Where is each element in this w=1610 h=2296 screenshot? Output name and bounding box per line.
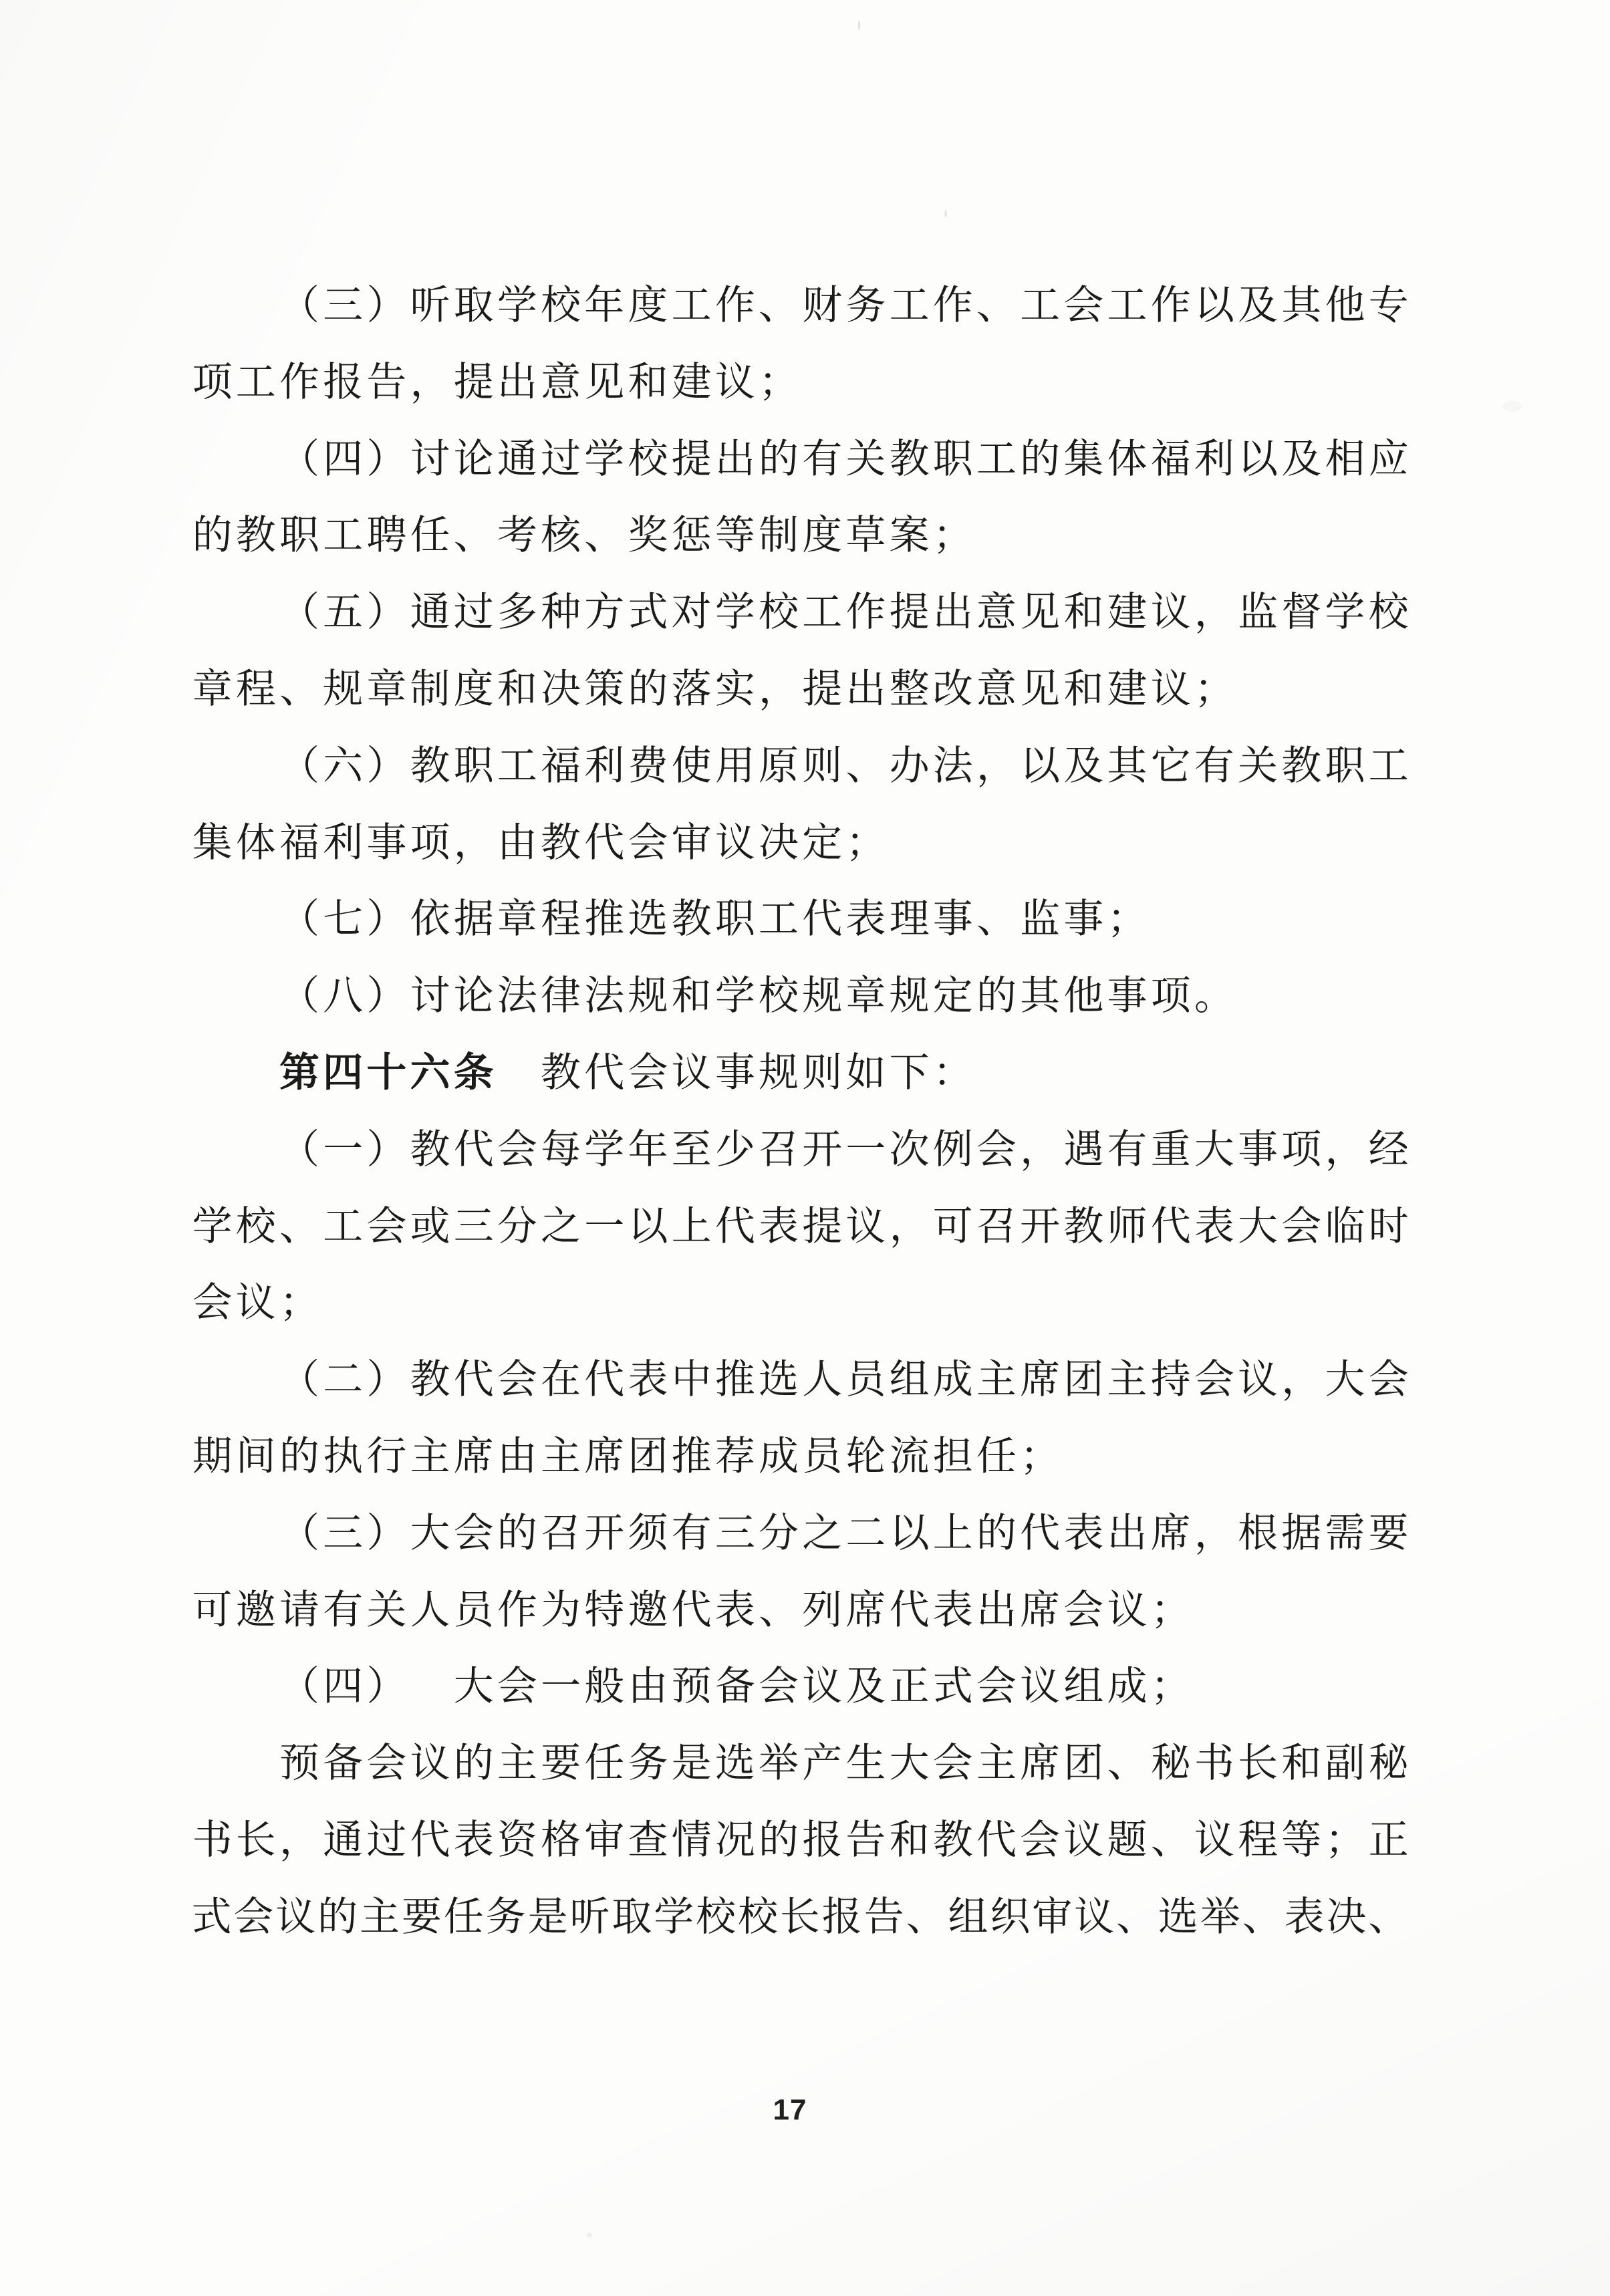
char-cell: 校 [757, 958, 800, 1035]
char-cell: 可 [931, 1188, 974, 1265]
char-cell: 其 [1019, 958, 1062, 1035]
char-cell [495, 1035, 539, 1112]
char-cell: 情 [670, 1802, 713, 1879]
char-cell: 据 [452, 881, 495, 958]
bold-char-cell: 条 [452, 1035, 495, 1112]
char-cell: 邀 [234, 1572, 277, 1649]
char-cell: 出 [931, 574, 974, 651]
char-cell: 大 [408, 1495, 452, 1572]
char-cell: ） [365, 1648, 408, 1725]
char-cell: 上 [670, 1188, 713, 1265]
char-cell: 奖 [626, 497, 670, 574]
char-cell: 法 [931, 728, 974, 805]
char-cell: 中 [670, 1342, 713, 1418]
char-cell: 召 [757, 1112, 800, 1188]
char-cell: 关 [1236, 728, 1280, 805]
char-cell: 成 [931, 1342, 974, 1418]
char-cell: 主 [359, 1879, 401, 1956]
scanned-document-page: （三）听取学校年度工作、财务工作、工会工作以及其他专项工作报告，提出意见和建议；… [0, 0, 1610, 2296]
char-cell: 席 [1019, 1725, 1062, 1802]
char-cell: 意 [974, 574, 1018, 651]
char-cell: 建 [1105, 651, 1149, 728]
char-cell: 用 [713, 728, 757, 805]
char-cell: 秘 [1149, 1725, 1192, 1802]
char-cell: 通 [321, 1802, 365, 1879]
char-cell: 三 [713, 1495, 757, 1572]
char-cell: 大 [888, 1725, 931, 1802]
char-cell: 在 [539, 1342, 583, 1418]
char-cell: 法 [495, 958, 539, 1035]
char-cell: 一 [844, 1112, 888, 1188]
char-cell: 团 [1062, 1725, 1105, 1802]
char-cell: 决 [539, 651, 583, 728]
char-cell: 事 [713, 1035, 757, 1112]
char-cell: 教 [888, 421, 931, 498]
char-cell: 行 [365, 1418, 408, 1495]
char-cell: 教 [408, 1112, 452, 1188]
char-cell: 的 [495, 1495, 539, 1572]
char-cell: 会 [1062, 1572, 1105, 1649]
char-cell: 人 [408, 1572, 452, 1649]
char-cell: 会 [190, 1265, 234, 1342]
char-cell: 、 [1149, 1802, 1192, 1879]
char-cell: 代 [408, 1802, 452, 1879]
char-cell: ； [1149, 1572, 1192, 1649]
char-cell: 成 [1105, 1648, 1149, 1725]
char-cell: 通 [495, 421, 539, 498]
char-cell: 根 [1236, 1495, 1280, 1572]
char-cell: 会 [626, 805, 670, 882]
char-cell: 过 [365, 1802, 408, 1879]
char-cell: 工 [495, 728, 539, 805]
char-cell: 表 [1283, 1879, 1325, 1956]
char-cell: 、 [277, 651, 321, 728]
char-cell: 则 [801, 728, 844, 805]
text-line: 项工作报告，提出意见和建议； [190, 344, 1434, 421]
char-cell: 团 [1062, 1342, 1105, 1418]
char-cell: 推 [670, 1418, 713, 1495]
char-cell: 会 [495, 1342, 539, 1418]
char-cell: 见 [1019, 574, 1062, 651]
char-cell: 正 [888, 1648, 931, 1725]
char-cell: 会 [931, 1725, 974, 1802]
char-cell: 产 [801, 1725, 844, 1802]
char-cell: 程 [234, 651, 277, 728]
char-cell: 书 [190, 1802, 234, 1879]
text-line: 会议； [190, 1265, 1434, 1342]
char-cell: 讨 [408, 958, 452, 1035]
char-cell: 备 [713, 1648, 757, 1725]
char-cell: 年 [626, 1112, 670, 1188]
char-cell: 作 [495, 1572, 539, 1649]
char-cell: 利 [583, 728, 626, 805]
char-cell: 工 [1019, 267, 1062, 344]
char-cell: 工 [757, 881, 800, 958]
char-cell: 任 [408, 497, 452, 574]
char-cell: 讨 [408, 421, 452, 498]
char-cell: 代 [452, 1342, 495, 1418]
scan-speck [944, 210, 947, 217]
char-cell: 工 [801, 574, 844, 651]
char-cell: 学 [713, 574, 757, 651]
char-cell: 开 [1019, 1188, 1062, 1265]
char-cell: 代 [888, 1572, 931, 1649]
char-cell: 推 [713, 1342, 757, 1418]
char-cell: 作 [844, 574, 888, 651]
char-cell: 年 [583, 267, 626, 344]
char-cell: 他 [1323, 267, 1367, 344]
char-cell: （ [277, 728, 321, 805]
text-line: 期间的执行主席由主席团推荐成员轮流担任； [190, 1418, 1434, 1495]
char-cell: 职 [277, 497, 321, 574]
char-cell: 通 [408, 574, 452, 651]
char-cell: 副 [1323, 1725, 1367, 1802]
char-cell: 以 [626, 1188, 670, 1265]
char-cell: 办 [888, 728, 931, 805]
char-cell: 、 [757, 267, 800, 344]
char-cell: 的 [317, 1879, 359, 1956]
char-cell: 预 [670, 1648, 713, 1725]
char-cell: 代 [974, 1802, 1018, 1879]
char-cell: 员 [844, 1342, 888, 1418]
char-cell: 六 [321, 728, 365, 805]
char-cell: 议 [1062, 1802, 1105, 1879]
char-cell: 则 [801, 1035, 844, 1112]
char-cell: 落 [670, 651, 713, 728]
char-cell: 表 [1062, 1495, 1105, 1572]
char-cell: 告 [844, 1802, 888, 1879]
char-cell: 和 [1062, 651, 1105, 728]
char-cell: 表 [844, 881, 888, 958]
char-cell: 会 [233, 1879, 275, 1956]
char-cell: 的 [277, 1418, 321, 1495]
char-cell: 选 [1157, 1879, 1199, 1956]
char-cell: 校 [1367, 574, 1410, 651]
text-line: （六）教职工福利费使用原则、办法，以及其它有关教职工 [190, 728, 1434, 805]
char-cell: 教 [670, 881, 713, 958]
char-cell: 章 [190, 651, 234, 728]
char-cell: 务 [844, 267, 888, 344]
char-cell: 实 [713, 651, 757, 728]
char-cell: 项 [1149, 958, 1192, 1035]
text-line: 书长，通过代表资格审查情况的报告和教代会议题、议程等；正 [190, 1802, 1434, 1879]
char-cell: 议 [713, 805, 757, 882]
char-cell: 听 [569, 1879, 611, 1956]
char-cell: 或 [408, 1188, 452, 1265]
char-cell: 教 [931, 1802, 974, 1879]
char-cell: 会 [974, 1112, 1018, 1188]
char-cell: ， [1280, 1342, 1323, 1418]
char-cell: 表 [931, 1572, 974, 1649]
char-cell: 会 [626, 1035, 670, 1112]
char-cell: 规 [626, 958, 670, 1035]
char-cell: 况 [713, 1802, 757, 1879]
char-cell: 的 [452, 1725, 495, 1802]
char-cell: 应 [1367, 421, 1410, 498]
char-cell: 成 [757, 1418, 800, 1495]
char-cell: 规 [801, 958, 844, 1035]
char-cell: 有 [321, 1572, 365, 1649]
char-cell: 校 [539, 267, 583, 344]
bold-char-cell: 六 [408, 1035, 452, 1112]
char-cell: （ [277, 1112, 321, 1188]
char-cell: 、 [1367, 1879, 1410, 1956]
char-cell: 格 [539, 1802, 583, 1879]
char-cell: 定 [931, 958, 974, 1035]
char-cell: 制 [408, 651, 452, 728]
char-cell: 等 [713, 497, 757, 574]
char-cell: 代 [583, 805, 626, 882]
text-line: （八）讨论法律法规和学校规章规定的其他事项。 [190, 958, 1434, 1035]
char-cell: 选 [713, 1725, 757, 1802]
char-cell: 教 [234, 497, 277, 574]
char-cell: 表 [757, 1188, 800, 1265]
char-cell: 列 [801, 1572, 844, 1649]
char-cell: 担 [931, 1418, 974, 1495]
char-cell: 推 [583, 881, 626, 958]
char-cell: 和 [1062, 574, 1105, 651]
char-cell: 教 [539, 805, 583, 882]
text-line: 预备会议的主要任务是选举产生大会主席团、秘书长和副秘 [190, 1725, 1434, 1802]
char-cell: 策 [583, 651, 626, 728]
char-cell: 报 [801, 1802, 844, 1879]
char-cell: 会 [1019, 1802, 1062, 1879]
char-cell: ； [1019, 1418, 1062, 1495]
char-cell: ） [365, 1495, 408, 1572]
char-cell: 体 [1105, 421, 1149, 498]
char-cell: ） [365, 574, 408, 651]
char-cell: 的 [974, 958, 1018, 1035]
char-cell: 提 [452, 344, 495, 421]
char-cell: 原 [757, 728, 800, 805]
char-cell: 主 [974, 1342, 1018, 1418]
char-cell: 备 [321, 1725, 365, 1802]
char-cell: 主 [974, 1725, 1018, 1802]
text-line: （七）依据章程推选教职工代表理事、监事； [190, 881, 1434, 958]
char-cell: 学 [495, 267, 539, 344]
char-cell: 种 [539, 574, 583, 651]
char-cell: 三 [321, 1495, 365, 1572]
char-cell: 考 [495, 497, 539, 574]
char-cell: 工 [974, 421, 1018, 498]
char-cell: 织 [989, 1879, 1031, 1956]
char-cell: 长 [1236, 1725, 1280, 1802]
char-cell: 议 [1073, 1879, 1115, 1956]
text-line: （四） 大会一般由预备会议及正式会议组成； [190, 1648, 1434, 1725]
char-cell: 荐 [713, 1418, 757, 1495]
char-cell: 由 [626, 1648, 670, 1725]
char-cell: 五 [321, 574, 365, 651]
char-cell: 一 [539, 1648, 583, 1725]
char-cell: 任 [583, 1725, 626, 1802]
char-cell: 三 [321, 267, 365, 344]
char-cell: 、 [1105, 1725, 1149, 1802]
char-cell: ） [365, 267, 408, 344]
char-cell: ， [757, 651, 800, 728]
char-cell: 规 [321, 651, 365, 728]
char-cell: 出 [974, 1572, 1018, 1649]
char-cell: 由 [495, 1418, 539, 1495]
char-cell: 七 [321, 881, 365, 958]
text-line: （三）听取学校年度工作、财务工作、工会工作以及其他专 [190, 267, 1434, 344]
char-cell: 召 [539, 1495, 583, 1572]
char-cell: 例 [931, 1112, 974, 1188]
char-cell: （ [277, 267, 321, 344]
char-cell: 员 [452, 1572, 495, 1649]
char-cell: 议 [713, 344, 757, 421]
char-cell: 代 [1019, 1495, 1062, 1572]
char-cell: 利 [321, 805, 365, 882]
char-cell: 学 [190, 1188, 234, 1265]
char-cell: 会 [1192, 1342, 1236, 1418]
char-cell: ； [844, 805, 888, 882]
text-line: 可邀请有关人员作为特邀代表、列席代表出席会议； [190, 1572, 1434, 1649]
char-cell: 经 [1367, 1112, 1410, 1188]
char-cell: 师 [1105, 1188, 1149, 1265]
char-cell: 议 [670, 1035, 713, 1112]
char-cell: 式 [190, 1879, 233, 1956]
char-cell: 理 [888, 881, 931, 958]
char-cell: 次 [888, 1112, 931, 1188]
char-cell: 席 [1019, 1572, 1062, 1649]
char-cell: 事 [1105, 958, 1149, 1035]
char-cell: 二 [844, 1495, 888, 1572]
char-cell: 代 [801, 881, 844, 958]
char-cell: 审 [583, 1802, 626, 1879]
char-cell: 惩 [670, 497, 713, 574]
char-cell: 以 [1019, 728, 1062, 805]
char-cell: 有 [670, 1495, 713, 1572]
char-cell: 事 [365, 805, 408, 882]
char-cell: 、 [452, 497, 495, 574]
char-cell: 学 [1323, 574, 1367, 651]
char-cell: 八 [321, 958, 365, 1035]
char-cell: 秘 [1367, 1725, 1410, 1802]
char-cell: 方 [583, 574, 626, 651]
char-cell: 草 [844, 497, 888, 574]
char-cell: 举 [757, 1725, 800, 1802]
char-cell: 学 [583, 1112, 626, 1188]
char-cell: 是 [527, 1879, 569, 1956]
char-cell: 的 [1019, 421, 1062, 498]
char-cell: 教 [408, 728, 452, 805]
char-cell: 组 [1062, 1648, 1105, 1725]
char-cell: 间 [234, 1418, 277, 1495]
char-cell: 取 [611, 1879, 653, 1956]
char-cell: 期 [190, 1418, 234, 1495]
char-cell: 出 [1105, 1495, 1149, 1572]
char-cell: 职 [931, 421, 974, 498]
char-cell: 程 [1236, 1802, 1280, 1879]
char-cell: 关 [844, 421, 888, 498]
char-cell: 会 [1367, 1342, 1410, 1418]
char-cell: 定 [801, 805, 844, 882]
char-cell: 过 [539, 421, 583, 498]
char-cell: 题 [1105, 1802, 1149, 1879]
char-cell: 轮 [844, 1418, 888, 1495]
char-cell: 会 [452, 1495, 495, 1572]
char-cell: ； [931, 497, 974, 574]
char-cell: 度 [626, 267, 670, 344]
char-cell: 集 [1062, 421, 1105, 498]
char-cell: 职 [713, 881, 757, 958]
char-cell: 要 [539, 1725, 583, 1802]
char-cell: 的 [757, 421, 800, 498]
char-cell: 和 [1280, 1725, 1323, 1802]
char-cell: 生 [844, 1725, 888, 1802]
char-cell: 关 [365, 1572, 408, 1649]
char-cell: 、 [974, 881, 1018, 958]
char-cell: 由 [495, 805, 539, 882]
text-line: 式会议的主要任务是听取学校校长报告、组织审议、选举、表决、 [190, 1879, 1434, 1956]
char-cell: 作 [713, 267, 757, 344]
char-cell: 规 [757, 1035, 800, 1112]
char-cell: 校 [737, 1879, 779, 1956]
char-cell: 学 [583, 421, 626, 498]
char-cell: 任 [974, 1418, 1018, 1495]
char-cell: 议 [408, 1725, 452, 1802]
char-cell: ； [1323, 1802, 1367, 1879]
char-cell: 席 [1149, 1495, 1192, 1572]
char-cell: ： [931, 1035, 974, 1112]
char-cell: 席 [1019, 1342, 1062, 1418]
char-cell: 改 [931, 651, 974, 728]
char-cell: 建 [670, 344, 713, 421]
scan-speck [587, 2233, 592, 2238]
text-line: 的教职工聘任、考核、奖惩等制度草案； [190, 497, 1434, 574]
char-cell: 论 [452, 958, 495, 1035]
char-cell: 议 [275, 1879, 317, 1956]
char-cell: 一 [583, 1188, 626, 1265]
char-cell: ） [365, 1342, 408, 1418]
char-cell: 要 [1367, 1495, 1410, 1572]
text-line: 学校、工会或三分之一以上代表提议，可召开教师代表大会临时 [190, 1188, 1434, 1265]
char-cell: 提 [801, 1188, 844, 1265]
char-cell: 决 [757, 805, 800, 882]
char-cell: 须 [626, 1495, 670, 1572]
char-cell: ； [277, 1265, 321, 1342]
char-cell: 般 [583, 1648, 626, 1725]
char-cell: 重 [1149, 1112, 1192, 1188]
char-cell: 程 [539, 881, 583, 958]
char-cell: 主 [408, 1418, 452, 1495]
char-cell: 审 [1031, 1879, 1073, 1956]
text-line: 章程、规章制度和决策的落实，提出整改意见和建议； [190, 651, 1434, 728]
char-cell: 开 [801, 1112, 844, 1188]
char-cell: 作 [931, 267, 974, 344]
char-cell: 席 [452, 1418, 495, 1495]
char-cell: 会 [1280, 1188, 1323, 1265]
char-cell: 聘 [365, 497, 408, 574]
char-cell: 财 [801, 267, 844, 344]
char-cell: 提 [801, 651, 844, 728]
char-cell: 过 [452, 574, 495, 651]
char-cell: 及 [1236, 267, 1280, 344]
text-line: （一）教代会每学年至少召开一次例会，遇有重大事项，经 [190, 1112, 1434, 1188]
char-cell: 执 [321, 1418, 365, 1495]
char-cell: ， [1323, 1112, 1367, 1188]
char-cell: 主 [539, 1418, 583, 1495]
char-cell: 请 [277, 1572, 321, 1649]
char-cell: 意 [974, 651, 1018, 728]
char-cell: 代 [452, 1112, 495, 1188]
char-cell: 听 [408, 267, 452, 344]
char-cell: 有 [1192, 728, 1236, 805]
char-cell: 可 [190, 1572, 234, 1649]
char-cell: 案 [888, 497, 931, 574]
char-cell: （ [277, 1648, 321, 1725]
char-cell: 福 [277, 805, 321, 882]
